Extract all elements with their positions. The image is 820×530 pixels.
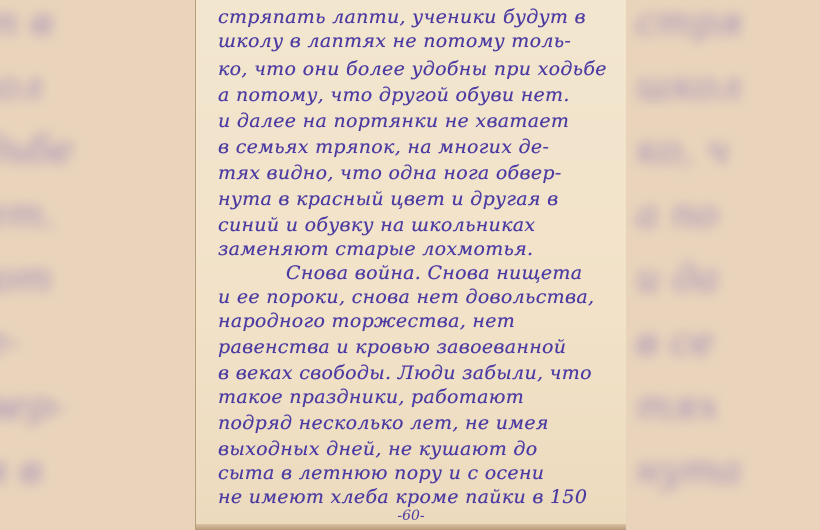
- text-line-13: народного торжества, нет: [218, 310, 616, 332]
- blurred-line: стря: [636, 0, 820, 54]
- blurred-line: ет в: [0, 0, 196, 54]
- text-line-16: такое праздники, работают: [218, 386, 616, 408]
- blurred-line: ая в: [0, 438, 196, 502]
- text-line-9: синий и обувку на школьниках: [218, 214, 616, 236]
- blurred-line: и да: [636, 246, 820, 310]
- text-line-18: выходных дней, не кушают до: [218, 438, 616, 460]
- blurred-line: нута: [636, 438, 820, 502]
- blurred-line: школ: [636, 54, 820, 118]
- blurred-line: ают: [0, 246, 196, 310]
- text-line-11: Снова война. Снова нищета: [286, 262, 616, 284]
- text-line-14: равенства и кровью завоеванной: [218, 336, 616, 358]
- blurred-line: де-: [0, 310, 196, 374]
- page-number: -60-: [196, 508, 626, 524]
- blurred-line: тях: [636, 374, 820, 438]
- manuscript-page: стряпать лапти, ученики будут в школу в …: [196, 0, 626, 530]
- blurred-line: тол: [0, 54, 196, 118]
- blurred-line: бвер-: [0, 374, 196, 438]
- text-line-3: ко, что они более удобны при ходьбе: [218, 58, 616, 80]
- text-line-6: в семьях тряпок, на многих де-: [218, 136, 616, 158]
- text-line-10: заменяют старые лохмотья.: [218, 238, 616, 260]
- text-line-12: и ее пороки, снова нет довольства,: [218, 286, 616, 308]
- blurred-line: а по: [636, 182, 820, 246]
- text-line-2: школу в лаптях не потому толь-: [218, 30, 616, 52]
- blurred-background-left: ет в тол одьбе нет. ают де- бвер- ая в: [0, 0, 196, 530]
- photo-stage: ет в тол одьбе нет. ают де- бвер- ая в с…: [0, 0, 820, 530]
- text-line-20: не имеют хлеба кроме пайки в 150: [218, 486, 616, 508]
- text-line-15: в веках свободы. Люди забыли, что: [218, 362, 616, 384]
- blurred-line: ко, ч: [636, 118, 820, 182]
- blurred-line: в се: [636, 310, 820, 374]
- blurred-text-left: ет в тол одьбе нет. ают де- бвер- ая в: [0, 0, 196, 502]
- text-line-5: и далее на портянки не хватает: [218, 110, 616, 132]
- blurred-line: нет.: [0, 182, 196, 246]
- blurred-background-right: стря школ ко, ч а по и да в се тях нута: [626, 0, 820, 530]
- text-line-7: тях видно, что одна нога обвер-: [218, 162, 616, 184]
- text-line-4: а потому, что другой обуви нет.: [218, 84, 616, 106]
- text-line-1: стряпать лапти, ученики будут в: [218, 6, 616, 28]
- text-line-8: нута в красный цвет и другая в: [218, 188, 616, 210]
- blurred-line: одьбе: [0, 118, 196, 182]
- text-line-19: сыта в летнюю пору и с осени: [218, 462, 616, 484]
- blurred-text-right: стря школ ко, ч а по и да в се тях нута: [636, 0, 820, 502]
- text-line-17: подряд несколько лет, не имея: [218, 412, 616, 434]
